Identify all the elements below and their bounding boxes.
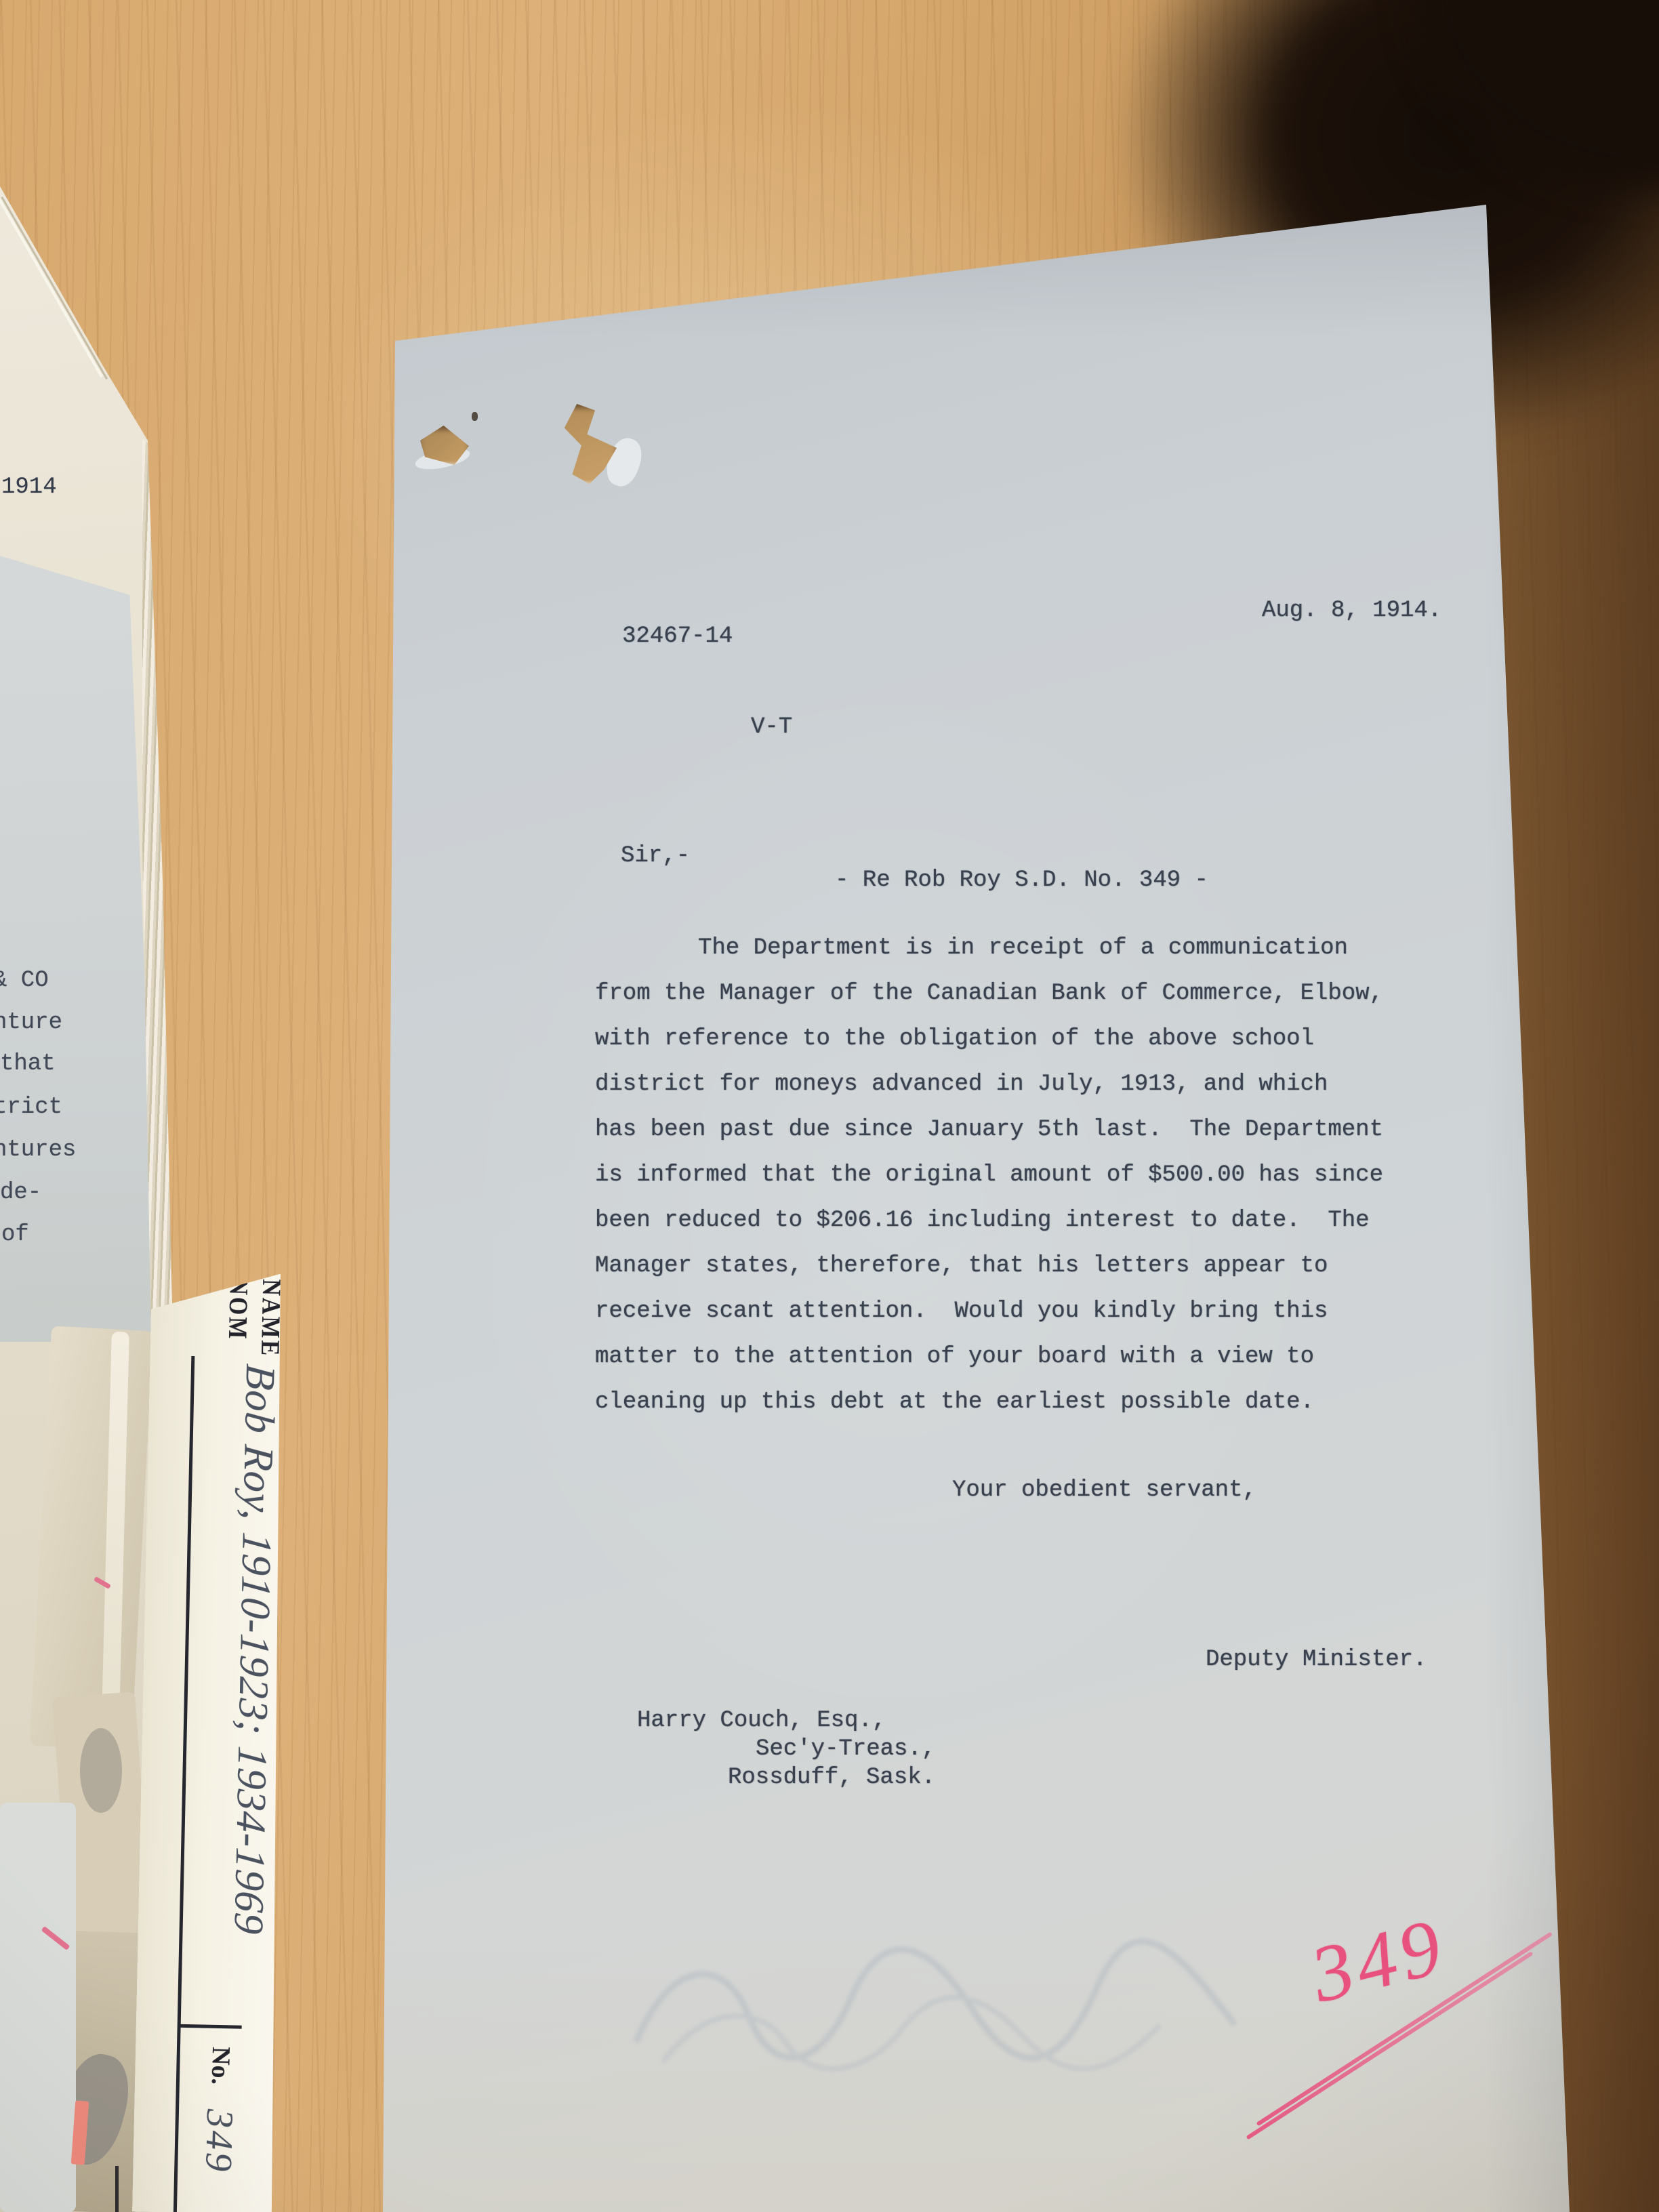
- paper-fragment: of: [1, 1222, 29, 1248]
- body-line: cleaning up this debt at the earliest po…: [595, 1380, 1383, 1425]
- typist-initials: V-T: [751, 714, 792, 740]
- tab-divider-line: [178, 2024, 242, 2029]
- paper-fragment: 1914: [1, 474, 57, 500]
- folder-edge-line: [115, 2166, 119, 2212]
- tab-name-nom-label: NAME NOM: [220, 1278, 287, 1358]
- stacked-sheet-edges-shadow: [200, 583, 230, 1342]
- tab-handwritten-name: Bob Roy, 1910-1923; 1934-1969: [224, 1362, 285, 1937]
- stacked-sheet-edges: [142, 439, 230, 1340]
- body-line: matter to the attention of your board wi…: [595, 1334, 1383, 1380]
- subject-line: - Re Rob Roy S.D. No. 349 -: [835, 867, 1208, 893]
- body-line: from the Manager of the Canadian Bank of…: [595, 971, 1383, 1017]
- paper-fragment: trict: [0, 1094, 62, 1120]
- paper-fragment: that: [0, 1051, 56, 1077]
- paper-fragment: & CO: [0, 968, 49, 994]
- letter-body: The Department is in receipt of a commun…: [595, 926, 1383, 1425]
- recipient-line: Harry Couch, Esq.,: [637, 1706, 935, 1735]
- tab-ruled-line: [173, 1356, 194, 2212]
- body-line: has been past due since January 5th last…: [595, 1107, 1383, 1153]
- closing: Your obedient servant,: [952, 1477, 1256, 1503]
- crumpled-paper: [0, 1803, 76, 2212]
- paper-fragment: ntures: [0, 1137, 76, 1163]
- body-line: is informed that the original amount of …: [595, 1153, 1383, 1198]
- paper-fragment: nture: [0, 1010, 62, 1036]
- desk-photo: { "letter": { "file_number": "32467-14",…: [0, 0, 1659, 2212]
- letter-date: Aug. 8, 1914.: [1262, 598, 1441, 623]
- salutation: Sir,-: [621, 843, 690, 869]
- folder-tab: NAME NOM Bob Roy, 1910-1923; 1934-1969 N…: [132, 1269, 291, 2212]
- body-line: Manager states, therefore, that his lett…: [595, 1244, 1383, 1289]
- recipient-line: Rossduff, Sask.: [637, 1763, 935, 1792]
- paper-fragment: de-: [0, 1180, 41, 1206]
- ghost-writing: [623, 1870, 1301, 2087]
- paper-speck: [472, 412, 478, 421]
- tab-no-value: 349: [197, 2108, 241, 2174]
- body-line: receive scant attention. Would you kindl…: [595, 1289, 1383, 1334]
- recipient-line: Sec'y-Treas.,: [637, 1735, 935, 1763]
- tab-no-label: No.: [205, 2047, 236, 2085]
- crumpled-paper: [30, 1326, 153, 1750]
- signature-title: Deputy Minister.: [1206, 1647, 1427, 1673]
- body-line: district for moneys advanced in July, 19…: [595, 1062, 1383, 1107]
- sheet-edge-shadow: [1, 197, 108, 380]
- tab-label-name: NAME: [253, 1279, 287, 1358]
- tab-label-nom: NOM: [220, 1278, 255, 1357]
- crumpled-paper: [80, 1728, 122, 1813]
- body-line: been reduced to $206.16 including intere…: [595, 1198, 1383, 1244]
- body-line: with reference to the obligation of the …: [595, 1017, 1383, 1062]
- letter-sheet: 32467-14 V-T Aug. 8, 1914. Sir,- - Re Ro…: [244, 197, 1593, 2212]
- file-number: 32467-14: [622, 623, 733, 649]
- recipient-address: Harry Couch, Esq., Sec'y-Treas., Rossduf…: [637, 1706, 935, 1792]
- body-line: The Department is in receipt of a commun…: [595, 926, 1383, 971]
